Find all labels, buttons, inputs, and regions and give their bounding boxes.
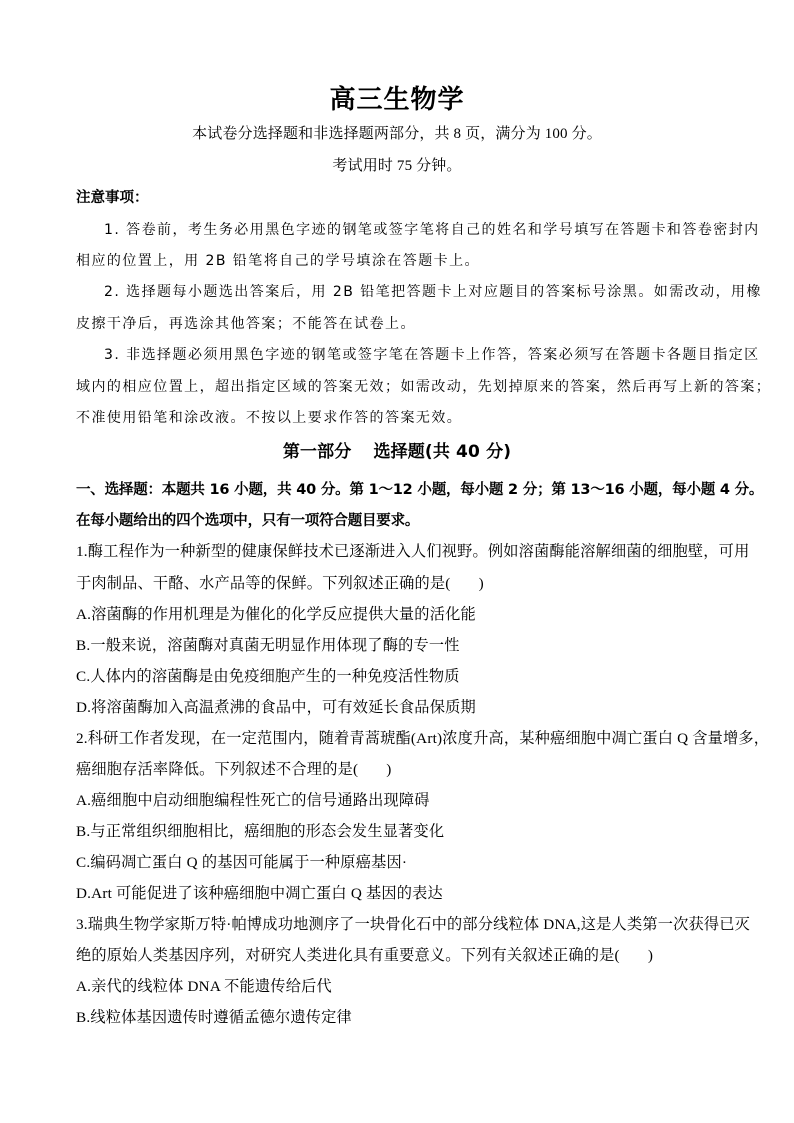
question-3-option-a: A.亲代的线粒体 DNA 不能遗传给后代	[76, 977, 332, 997]
question-1-stem-line-2: 于肉制品、干酪、水产品等的保鲜。下列叙述正确的是()	[76, 574, 484, 594]
part1-instruction-line-2: 在每小题给出的四个选项中，只有一项符合题目要求。	[76, 511, 419, 531]
exam-subtitle-line2: 考试用时 75 分钟。	[0, 156, 794, 176]
notice-item-3-line-2: 域内的相应位置上，超出指定区域的答案无效；如需改动，先划掉原来的答案，然后再写上…	[76, 377, 771, 397]
notice-item-3-line-1: 3. 非选择题必须用黑色字迹的钢笔或签字笔在答题卡上作答，答案必须写在答题卡各题…	[104, 345, 760, 365]
question-1-option-b: B.一般来说，溶菌酶对真菌无明显作用体现了酶的专一性	[76, 636, 460, 656]
question-3-option-b: B.线粒体基因遗传时遵循孟德尔遗传定律	[76, 1008, 352, 1028]
question-1-option-c: C.人体内的溶菌酶是由免疫细胞产生的一种免疫活性物质	[76, 667, 460, 687]
question-2-option-b: B.与正常组织细胞相比，癌细胞的形态会发生显著变化	[76, 822, 444, 842]
exam-page: 高三生物学 本试卷分选择题和非选择题两部分，共 8 页，满分为 100 分。 考…	[0, 0, 794, 1123]
question-2-stem-line-1: 2.科研工作者发现，在一定范围内，随着青蒿琥酯(Art)浓度升高，某种癌细胞中凋…	[76, 729, 769, 749]
question-2-option-a: A.癌细胞中启动细胞编程性死亡的信号通路出现障碍	[76, 791, 430, 811]
notice-item-1-line-2: 相应的位置上，用 2B 铅笔将自己的学号填涂在答题卡上。	[76, 251, 480, 271]
notice-item-3-line-3: 不准使用铅笔和涂改液。不按以上要求作答的答案无效。	[76, 408, 462, 428]
notice-heading: 注意事项：	[76, 188, 149, 208]
question-1-option-d: D.将溶菌酶加入高温煮沸的食品中，可有效延长食品保质期	[76, 698, 476, 718]
question-2-option-c: C.编码凋亡蛋白 Q 的基因可能属于一种原癌基因·	[76, 853, 407, 873]
question-2-option-d: D.Art 可能促进了该种癌细胞中凋亡蛋白 Q 基因的表达	[76, 884, 443, 904]
part1-instruction-line-1: 一、选择题：本题共 16 小题，共 40 分。第 1～12 小题，每小题 2 分…	[76, 480, 763, 500]
question-2-stem-line-2: 癌细胞存活率降低。下列叙述不合理的是()	[76, 760, 392, 780]
exam-subtitle-line1: 本试卷分选择题和非选择题两部分，共 8 页，满分为 100 分。	[0, 124, 794, 144]
exam-title: 高三生物学	[0, 84, 794, 116]
notice-item-2-line-1: 2. 选择题每小题选出答案后，用 2B 铅笔把答题卡上对应题目的答案标号涂黑。如…	[104, 282, 762, 302]
question-1-stem-line-1: 1.酶工程作为一种新型的健康保鲜技术已逐渐进入人们视野。例如溶菌酶能溶解细菌的细…	[76, 542, 749, 562]
part1-title-type: 选择题(共 40 分)	[373, 442, 511, 462]
question-3-stem-line-2: 绝的原始人类基因序列，对研究人类进化具有重要意义。下列有关叙述正确的是()	[76, 946, 653, 966]
notice-item-2-line-2: 皮擦干净后，再选涂其他答案；不能答在试卷上。	[76, 314, 416, 334]
notice-item-1-line-1: 1. 答卷前，考生务必用黑色字迹的钢笔或签字笔将自己的姓名和学号填写在答题卡和答…	[104, 220, 760, 240]
question-1-option-a: A.溶菌酶的作用机理是为催化的化学反应提供大量的活化能	[76, 605, 476, 625]
part1-title: 第一部分选择题(共 40 分)	[0, 441, 794, 463]
part1-title-part: 第一部分	[283, 442, 352, 462]
question-3-stem-line-1: 3.瑞典生物学家斯万特·帕博成功地测序了一块骨化石中的部分线粒体 DNA,这是人…	[76, 915, 750, 935]
